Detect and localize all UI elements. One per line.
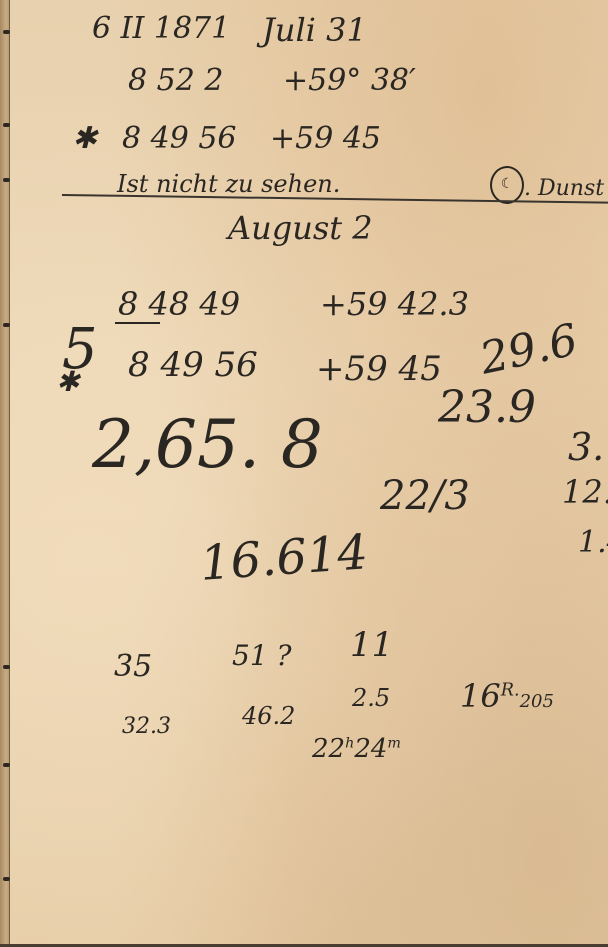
note-value: 51 ? [232,642,292,670]
notebook-binding [0,0,10,947]
note-time: 22h24m [312,736,401,762]
note-value: 11 [350,628,393,662]
calc-large: 2,65. 8 [92,412,323,478]
overwritten-number: 29.6 [476,318,581,381]
binding-stitch [3,30,10,34]
notebook-page: 6 II 1871 Juli 31 8 52 2 +59° 38′ ✱ 8 49… [0,0,608,947]
july31-dec-2: +59 45 [270,124,381,154]
august2-dec-1: +59 42.3 [320,288,469,320]
note-hours-sup: R. [501,680,520,700]
binding-stitch [3,877,10,881]
note-value: 46.2 [242,704,295,728]
binding-stitch [3,323,10,327]
note-hours-value: 16 [460,677,501,715]
margin-number: 3. [568,428,604,466]
moon-face-icon: ☾ [490,166,524,204]
binding-stitch [3,665,10,669]
note-hours-tail: 205 [520,691,554,712]
calc-lower: 16.614 [199,528,370,588]
note-value: 2.5 [352,686,390,710]
july31-remark: Ist nicht zu sehen. [117,172,340,196]
july31-ra-1: 8 52 2 [128,66,223,96]
note-value: 32.3 [122,716,171,738]
july31-ra-2: 8 49 56 [122,124,237,154]
margin-number: 12. [562,476,608,508]
binding-stitch [3,178,10,182]
binding-stitch [3,763,10,767]
margin-number: 1.4 [578,528,608,558]
calc-mid: 22/3 [380,476,470,516]
august2-dec-2: +59 45 [316,352,442,386]
note-time-m-sup: m [387,735,401,751]
note-value: 35 [114,652,152,682]
star-marker-icon: ✱ [72,124,97,154]
note-time-minutes: 24 [354,734,387,764]
header-ref: 6 II 1871 [92,14,230,44]
overwritten-number: 23.9 [438,386,536,430]
august2-ra-1: 8 48 49 [118,288,240,320]
note-hours: 16R.205 [460,680,554,712]
star-marker-icon: ✱ [56,368,79,396]
july31-weather: . Dunst [524,178,604,200]
note-time-hours: 22 [312,734,345,764]
july31-dec-1: +59° 38′ [283,66,416,96]
august2-date: August 2 [228,212,373,244]
note-time-h-sup: h [345,735,354,751]
binding-stitch [3,123,10,127]
header-date: Juli 31 [262,14,367,46]
digit-underline [115,322,160,324]
august2-ra-2: 8 49 56 [128,348,258,382]
